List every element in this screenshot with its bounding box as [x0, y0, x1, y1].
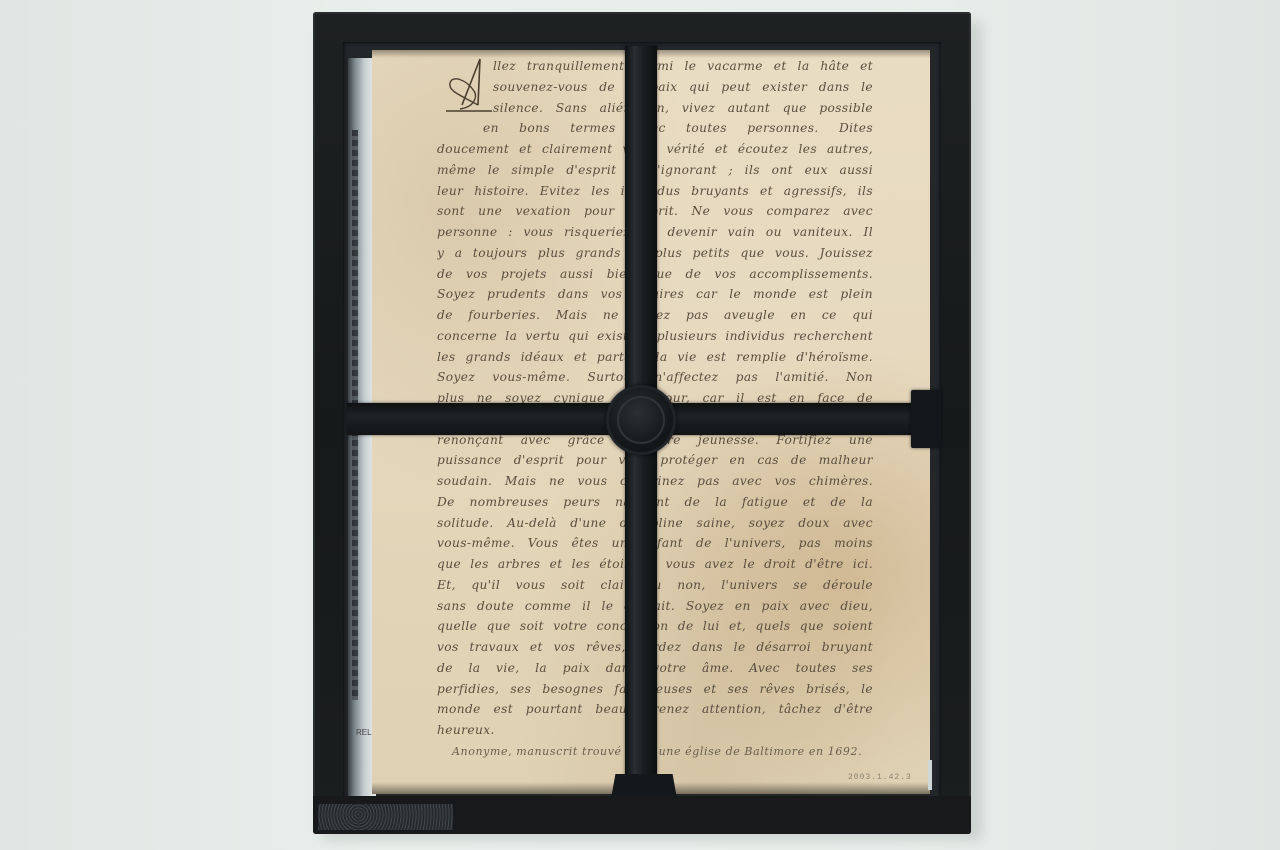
glass-label: REL	[356, 728, 372, 737]
signature-line: Anonyme, manuscrit trouvé dans une églis…	[452, 745, 872, 758]
frame-clip-right	[911, 390, 941, 448]
reference-number: 2003.1.42.3	[848, 773, 912, 782]
hub-ring	[617, 396, 665, 444]
glass-edge-right	[928, 760, 932, 790]
frame-dust-patch	[318, 804, 453, 830]
